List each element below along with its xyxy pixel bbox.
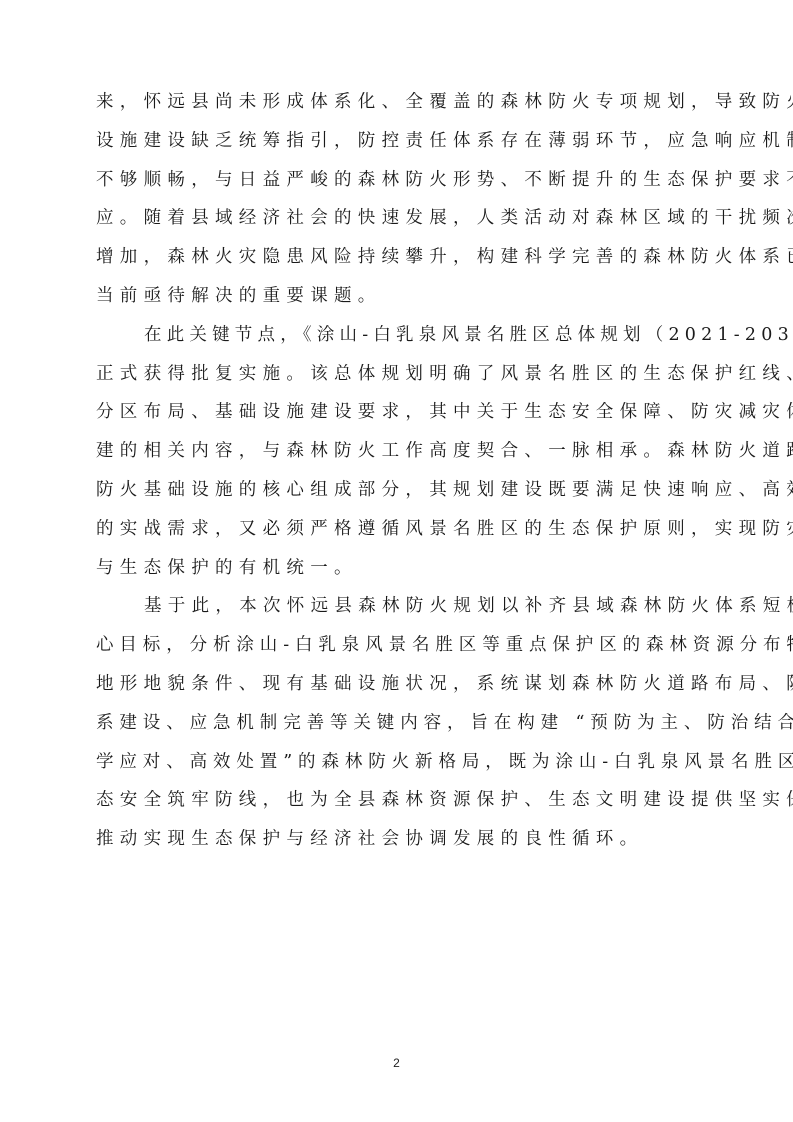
text-line: 增加，森林火灾隐患风险持续攀升，构建科学完善的森林防火体系已成为 <box>96 238 700 277</box>
text-line: 心目标，分析涂山-白乳泉风景名胜区等重点保护区的森林资源分布特点、 <box>96 626 700 665</box>
page-number: 2 <box>0 1056 793 1070</box>
text-line: 基于此，本次怀远县森林防火规划以补齐县域森林防火体系短板为核 <box>96 587 700 626</box>
text-line: 分区布局、基础设施建设要求，其中关于生态安全保障、防灾减灾体系构 <box>96 393 700 432</box>
paragraph-1: 来，怀远县尚未形成体系化、全覆盖的森林防火专项规划，导致防火基础 设施建设缺乏统… <box>96 83 700 316</box>
text-line: 不够顺畅，与日益严峻的森林防火形势、不断提升的生态保护要求不相适 <box>96 161 700 200</box>
text-line: 设施建设缺乏统筹指引，防控责任体系存在薄弱环节，应急响应机制衔接 <box>96 122 700 161</box>
text-line: 态安全筑牢防线，也为全县森林资源保护、生态文明建设提供坚实保障， <box>96 781 700 820</box>
paragraph-2: 在此关键节点，《涂山-白乳泉风景名胜区总体规划（2021-2035 年）》 正式… <box>96 316 700 588</box>
document-page: 来，怀远县尚未形成体系化、全覆盖的森林防火专项规划，导致防火基础 设施建设缺乏统… <box>0 0 793 1122</box>
text-line: 地形地貌条件、现有基础设施状况，系统谋划森林防火道路布局、防控体 <box>96 665 700 704</box>
text-line: 建的相关内容，与森林防火工作高度契合、一脉相承。森林防火道路作为 <box>96 432 700 471</box>
text-line: 系建设、应急机制完善等关键内容，旨在构建 “预防为主、防治结合、科 <box>96 704 700 743</box>
text-line: 与生态保护的有机统一。 <box>96 549 700 588</box>
text-line: 正式获得批复实施。该总体规划明确了风景名胜区的生态保护红线、功能 <box>96 355 700 394</box>
text-line: 的实战需求，又必须严格遵循风景名胜区的生态保护原则，实现防灾功能 <box>96 510 700 549</box>
text-line: 来，怀远县尚未形成体系化、全覆盖的森林防火专项规划，导致防火基础 <box>96 83 700 122</box>
text-line: 学应对、高效处置”的森林防火新格局，既为涂山-白乳泉风景名胜区的生 <box>96 743 700 782</box>
body-text: 来，怀远县尚未形成体系化、全覆盖的森林防火专项规划，导致防火基础 设施建设缺乏统… <box>96 83 700 859</box>
text-line: 防火基础设施的核心组成部分，其规划建设既要满足快速响应、高效扑救 <box>96 471 700 510</box>
text-line: 应。随着县域经济社会的快速发展，人类活动对森林区域的干扰频次逐年 <box>96 199 700 238</box>
text-line: 当前亟待解决的重要课题。 <box>96 277 700 316</box>
text-line: 推动实现生态保护与经济社会协调发展的良性循环。 <box>96 820 700 859</box>
text-line: 在此关键节点，《涂山-白乳泉风景名胜区总体规划（2021-2035 年）》 <box>96 316 700 355</box>
paragraph-3: 基于此，本次怀远县森林防火规划以补齐县域森林防火体系短板为核 心目标，分析涂山-… <box>96 587 700 859</box>
